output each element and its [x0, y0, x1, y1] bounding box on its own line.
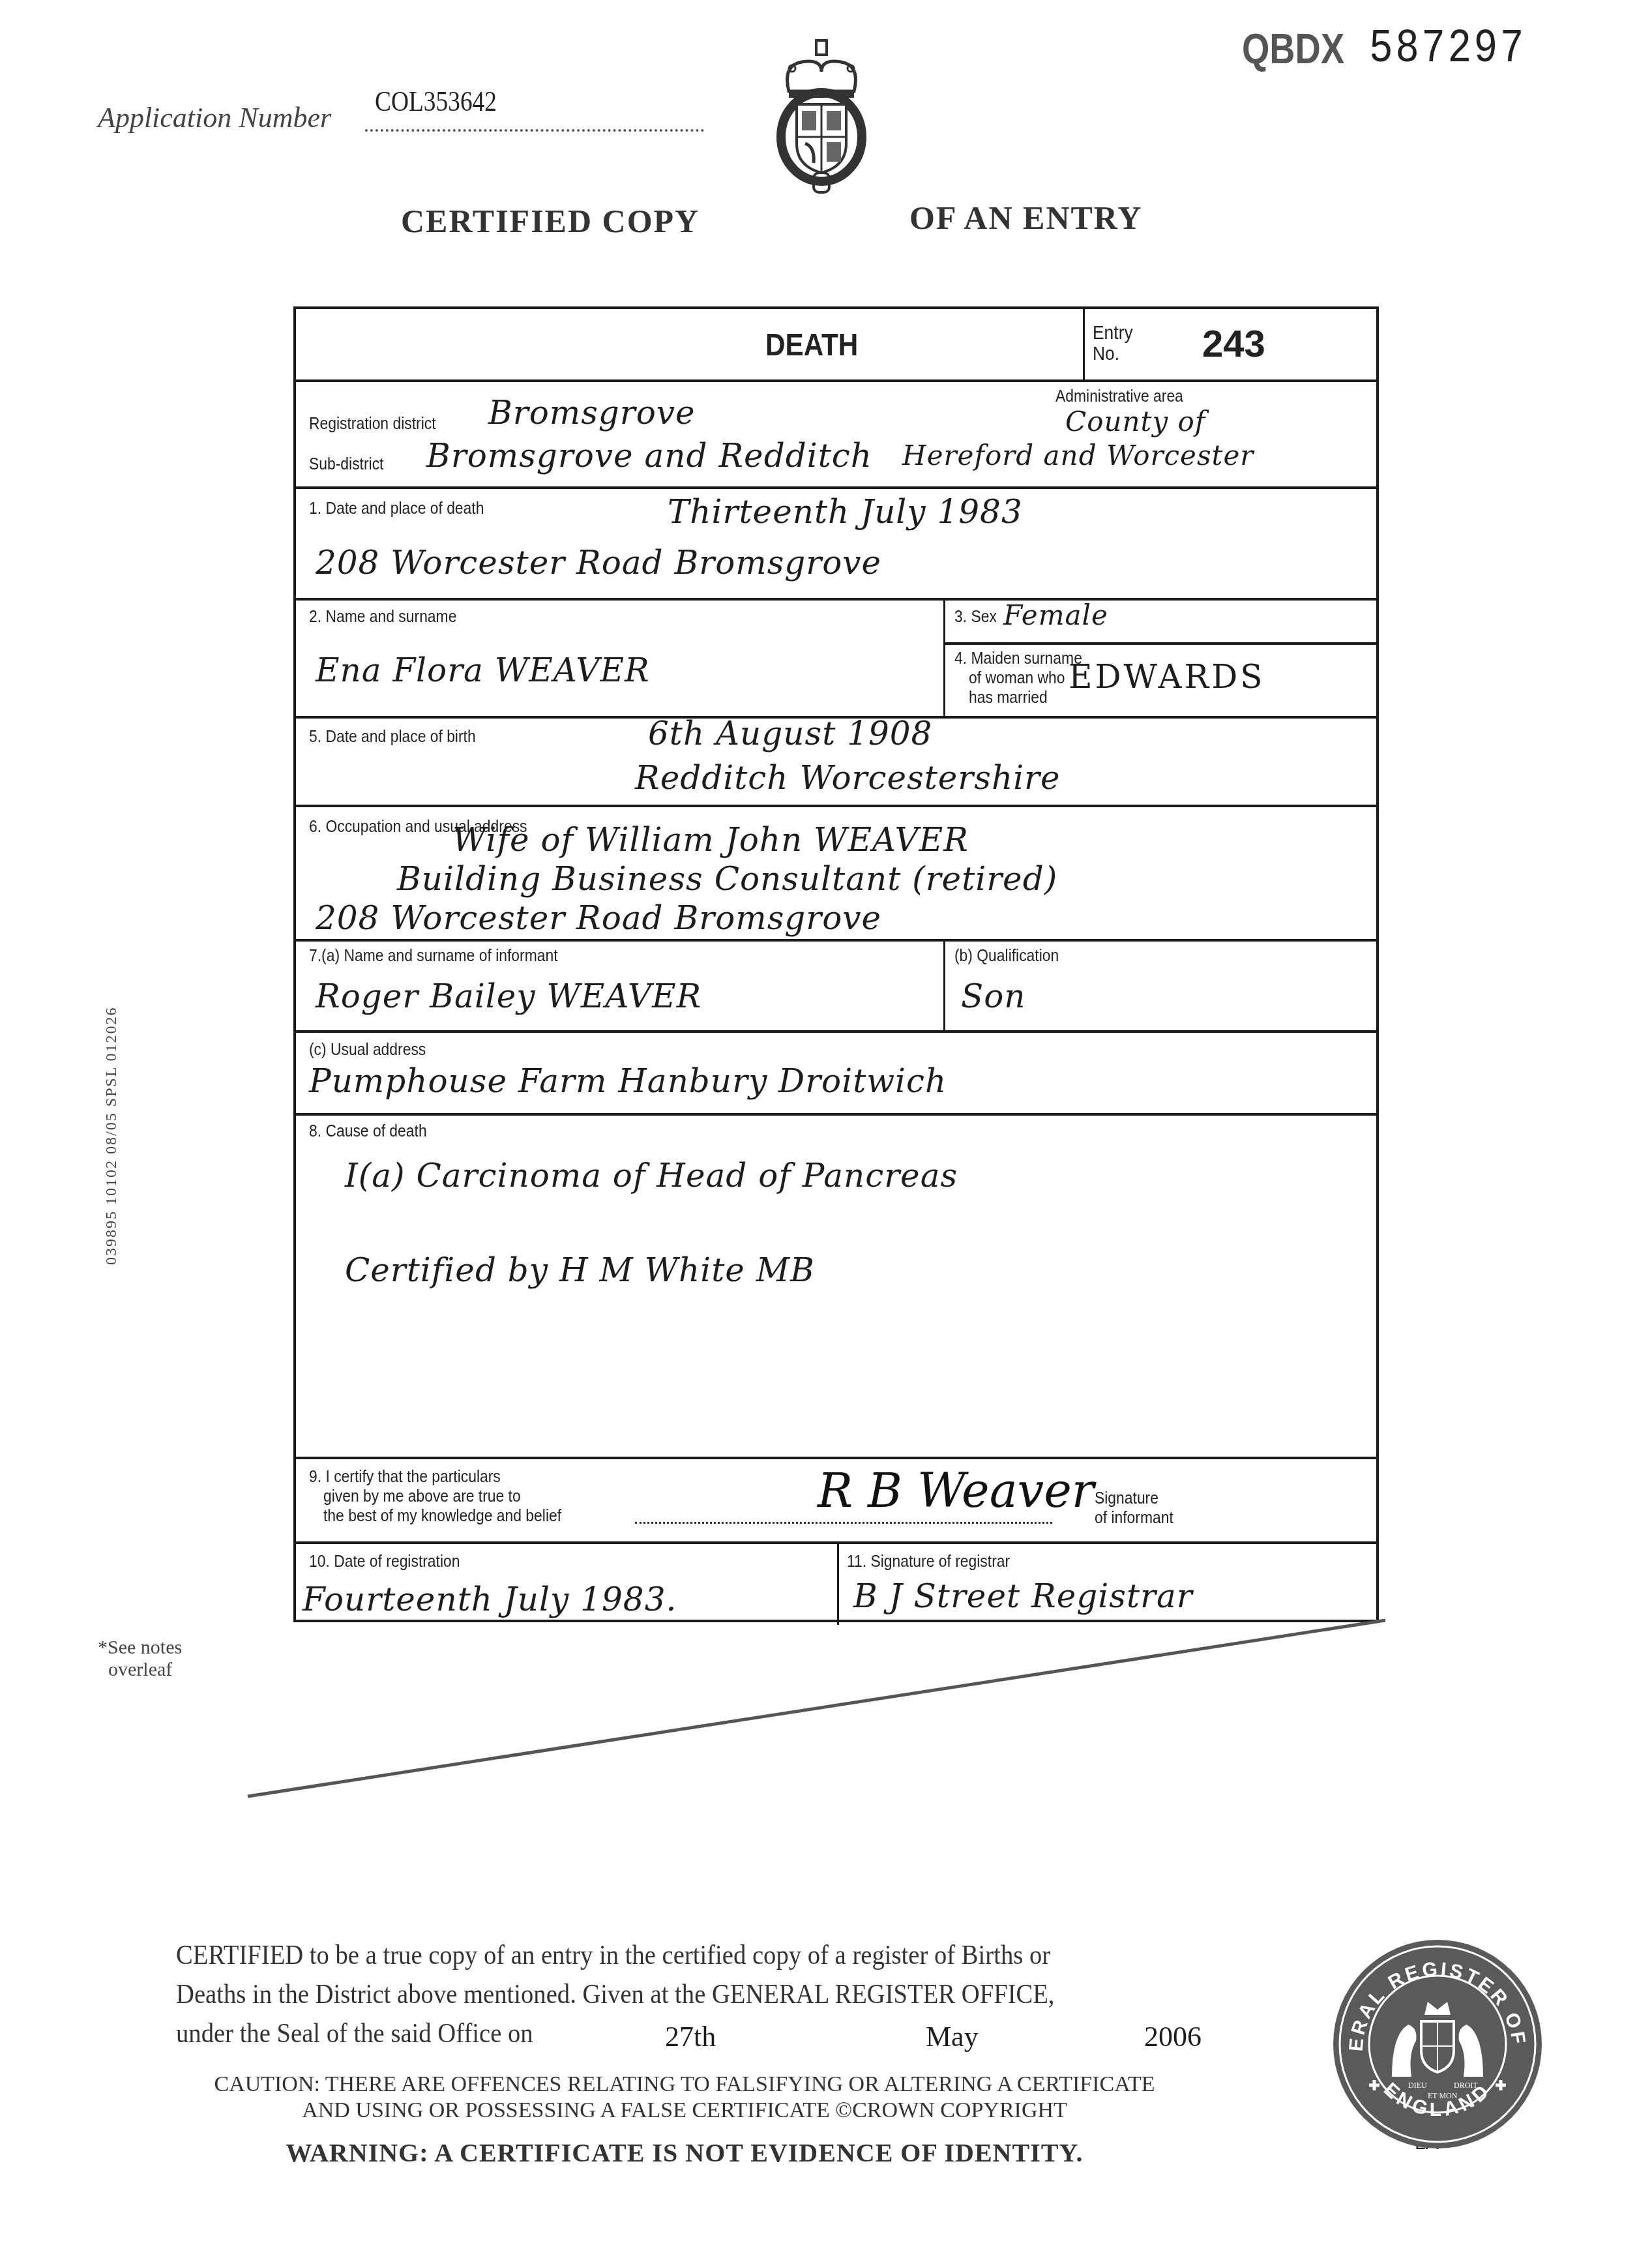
occupation-line-2: Building Business Consultant (retired) [397, 860, 1057, 898]
deceased-name-value: Ena Flora WEAVER [316, 651, 650, 689]
field-7c-label: (c) Usual address [309, 1039, 426, 1060]
see-notes-line-1: *See notes [98, 1637, 182, 1659]
certificate-serial-prefix: QBDX [1242, 25, 1344, 73]
registration-district-label: Registration district [309, 413, 436, 434]
informant-address-value: Pumphouse Farm Hanbury Droitwich [309, 1062, 947, 1100]
field-11-label: 11. Signature of registrar [847, 1551, 1010, 1571]
row-divider [943, 642, 1376, 645]
document-title-of-an-entry: OF AN ENTRY [909, 199, 1142, 237]
field-7a-label: 7.(a) Name and surname of informant [309, 945, 558, 966]
warning-not-evidence-of-identity: WARNING: A CERTIFICATE IS NOT EVIDENCE O… [130, 2137, 1239, 2168]
field-4-label-2: of woman who [969, 668, 1065, 688]
column-divider [837, 1541, 839, 1625]
row-divider [296, 805, 1376, 807]
royal-crest-icon [769, 39, 874, 196]
certification-line-2: Deaths in the District above mentioned. … [176, 1979, 1055, 2010]
administrative-area-value-line-2: Hereford and Worcester [902, 439, 1254, 471]
certification-line-3: under the Seal of the said Office on [176, 2018, 533, 2049]
row-divider [296, 1541, 1376, 1544]
form-type-label: DEATH [765, 327, 858, 363]
row-divider [296, 1030, 1376, 1033]
certification-month: May [926, 2020, 979, 2053]
see-notes-overleaf: *See notes overleaf [98, 1637, 182, 1681]
row-divider [296, 939, 1376, 942]
field-4-label-1: 4. Maiden surname [954, 648, 1082, 668]
sub-district-label: Sub-district [309, 454, 383, 474]
entry-number: 243 [1202, 322, 1265, 366]
field-9-label-1: 9. I certify that the particulars [309, 1466, 501, 1487]
cause-of-death-line-2: Certified by H M White MB [345, 1251, 815, 1289]
field-3-label: 3. Sex [954, 606, 997, 627]
certification-day: 27th [665, 2020, 716, 2053]
qualification-value: Son [961, 977, 1026, 1015]
signature-dotted-line [635, 1522, 1052, 1524]
seal-motto-center: ET MON [1428, 2091, 1458, 2100]
document-title-certified-copy: CERTIFIED COPY [401, 202, 700, 240]
field-5-label: 5. Date and place of birth [309, 726, 476, 747]
application-number-label: Application Number [98, 101, 331, 134]
row-divider [296, 379, 1376, 382]
row-divider [296, 1113, 1376, 1116]
row-divider [296, 1457, 1376, 1459]
informant-signature: R B Weaver [818, 1463, 1094, 1518]
certification-line-1: CERTIFIED to be a true copy of an entry … [176, 1940, 1050, 1971]
seal-motto-left: DIEU [1408, 2081, 1427, 2090]
field-7b-label: (b) Qualification [954, 945, 1059, 966]
birth-date-value: 6th August 1908 [648, 715, 932, 752]
certification-year: 2006 [1144, 2020, 1202, 2053]
column-divider [943, 939, 945, 1030]
entry-no-label-1: Entry [1093, 323, 1133, 343]
registrar-signature-value: B J Street Registrar [853, 1577, 1193, 1615]
row-divider [296, 598, 1376, 601]
administrative-area-value-line-1: County of [1065, 406, 1205, 438]
signature-of-informant-label-1: Signature [1095, 1488, 1158, 1508]
column-divider [943, 598, 945, 716]
row-divider [296, 486, 1376, 489]
form-code: 039895 10102 08/05 SPSL 012026 [103, 1007, 121, 1265]
administrative-area-label: Administrative area [1055, 386, 1183, 406]
occupation-line-3: 208 Worcester Road Bromsgrove [316, 899, 881, 937]
death-date-value: Thirteenth July 1983 [668, 493, 1023, 531]
caution-line-1: CAUTION: THERE ARE OFFENCES RELATING TO … [130, 2072, 1239, 2097]
maiden-surname-value: EDWARDS [1069, 658, 1265, 696]
see-notes-line-2: overleaf [98, 1659, 182, 1681]
entry-no-label-2: No. [1093, 344, 1119, 364]
death-place-value: 208 Worcester Road Bromsgrove [316, 544, 881, 582]
sex-value: Female [1003, 599, 1108, 631]
birth-place-value: Redditch Worcestershire [635, 759, 1061, 797]
registration-date-value: Fourteenth July 1983. [302, 1581, 677, 1618]
certificate-serial-number: 587297 [1369, 22, 1526, 76]
field-9-label-3: the best of my knowledge and belief [323, 1506, 561, 1526]
field-2-label: 2. Name and surname [309, 606, 456, 627]
field-10-label: 10. Date of registration [309, 1551, 460, 1571]
seal-motto-right: DROIT [1454, 2081, 1478, 2090]
column-divider [1083, 309, 1085, 379]
application-number-value: COL353642 [375, 85, 497, 118]
cause-of-death-line-1: I(a) Carcinoma of Head of Pancreas [345, 1157, 958, 1195]
occupation-line-1: Wife of William John WEAVER [452, 821, 969, 859]
informant-name-value: Roger Bailey WEAVER [316, 977, 701, 1015]
general-register-office-seal-icon: GENERAL REGISTER OFFICE ENGLAND DIEU DRO… [1330, 1937, 1545, 2152]
sub-district-value: Bromsgrove and Redditch [426, 437, 872, 475]
field-9-label-2: given by me above are true to [323, 1486, 521, 1506]
registration-district-value: Bromsgrove [488, 394, 696, 432]
field-4-label-3: has married [969, 687, 1048, 707]
caution-line-2: AND USING OR POSSESSING A FALSE CERTIFIC… [130, 2098, 1239, 2123]
death-entry-form: DEATH Entry No. 243 Registration distric… [293, 306, 1379, 1622]
signature-of-informant-label-2: of informant [1095, 1508, 1173, 1528]
field-8-label: 8. Cause of death [309, 1121, 427, 1141]
field-1-label: 1. Date and place of death [309, 498, 484, 518]
diagonal-cancel-line [244, 1617, 1392, 1800]
